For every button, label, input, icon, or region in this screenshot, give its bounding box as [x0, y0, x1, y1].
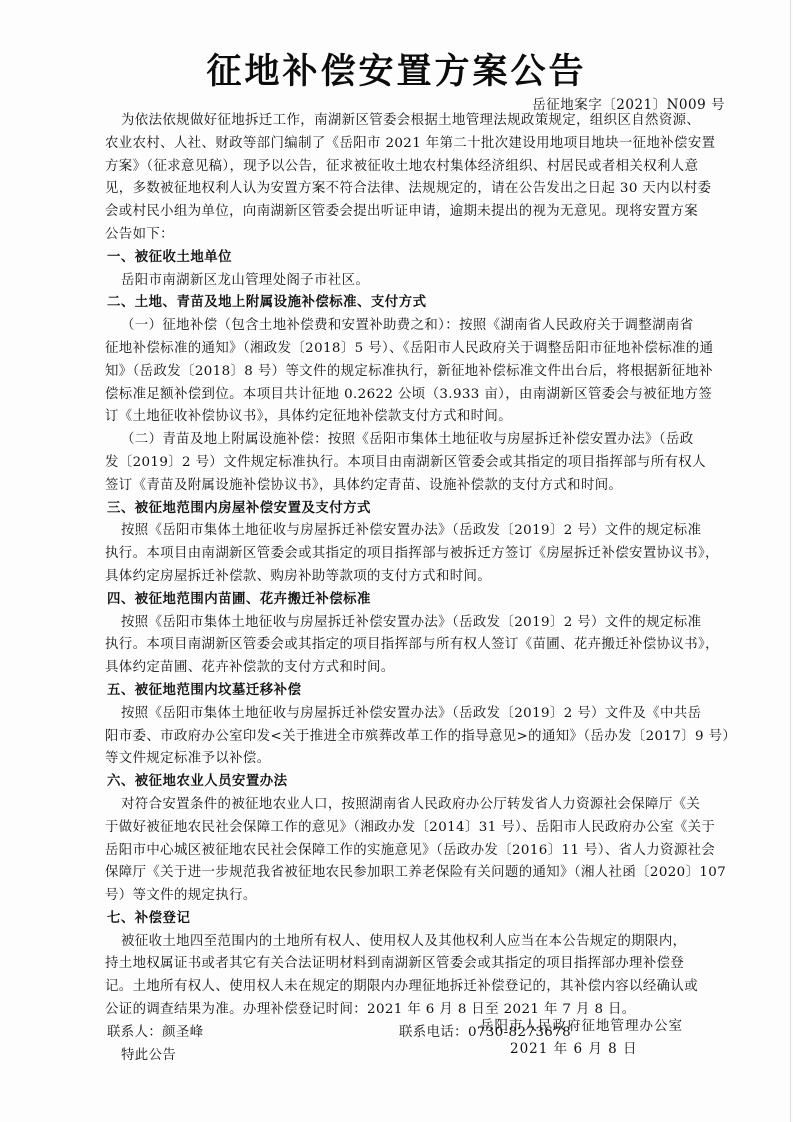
- section: 一、被征收土地单位岳阳市南湖新区龙山管理处阁子市社区。: [105, 247, 735, 293]
- intro-line: 公告如下：: [105, 224, 735, 247]
- section: 七、补偿登记被征收土地四至范围内的土地所有权人、使用权人及其他权利人应当在本公告…: [105, 908, 735, 1022]
- intro-line: 为依法依规做好征地拆迁工作，南湖新区管委会根据土地管理法规政策规定，组织区自然资…: [105, 110, 735, 133]
- section-line: 保障厅《关于进一步规范我省被征地农民参加职工养老保险有关问题的通知》（湘人社函〔…: [105, 862, 735, 885]
- issue-date: 2021 年 6 月 8 日: [480, 1038, 683, 1061]
- section-line: 征地补偿标准的通知》（湘政发〔2018〕5 号）、《岳阳市人民政府关于调整岳阳市…: [105, 338, 735, 361]
- document-body: 为依法依规做好征地拆迁工作，南湖新区管委会根据土地管理法规政策规定，组织区自然资…: [105, 110, 735, 1067]
- intro-line: 见，多数被征地权利人认为安置方案不符合法律、法规规定的，请在公告发出之日起 30…: [105, 178, 735, 201]
- section-line: 岳阳市中心城区被征地农民社会保障工作的实施意见》（岳政办发〔2016〕11 号）…: [105, 840, 735, 863]
- section-heading: 七、补偿登记: [105, 908, 735, 931]
- section-line: （二）青苗及地上附属设施补偿：按照《岳阳市集体土地征收与房屋拆迁补偿安置办法》（…: [105, 429, 735, 452]
- section-line: 具体约定苗圃、花卉补偿款的支付方式和时间。: [105, 657, 735, 680]
- section-line: 对符合安置条件的被征地农业人口，按照湖南省人民政府办公厅转发省人力资源社会保障厅…: [105, 794, 735, 817]
- section-line: 等文件规定标准予以补偿。: [105, 748, 735, 771]
- section-line: 按照《岳阳市集体土地征收与房屋拆迁补偿安置办法》（岳政发〔2019〕2 号）文件…: [105, 612, 735, 635]
- section-heading: 二、土地、青苗及地上附属设施补偿标准、支付方式: [105, 292, 735, 315]
- section-line: 持土地权属证书或者其它有关合法证明材料到南湖新区管委会或其指定的项目指挥部办理补…: [105, 953, 735, 976]
- intro-line: 会或村民小组为单位，向南湖新区管委会提出听证申请，逾期未提出的视为无意见。现将安…: [105, 201, 735, 224]
- section-heading: 六、被征地农业人员安置办法: [105, 771, 735, 794]
- section-line: （一）征地补偿（包含土地补偿费和安置补助费之和）：按照《湖南省人民政府关于调整湖…: [105, 315, 735, 338]
- section-line: 执行。本项目由南湖新区管委会或其指定的项目指挥部与被拆迁方签订《房屋拆迁补偿安置…: [105, 543, 735, 566]
- scan-edge: [790, 0, 791, 1122]
- contact-person: 联系人：颜圣峰: [105, 1022, 399, 1045]
- section-line: 偿标准足额补偿到位。本项目共计征地 0.2622 公顷（3.933 亩），由南湖…: [105, 384, 735, 407]
- issuer-name: 岳阳市人民政府征地管理办公室: [480, 1015, 683, 1038]
- section-line: 按照《岳阳市集体土地征收与房屋拆迁补偿安置办法》（岳政发〔2019〕2 号）文件…: [105, 520, 735, 543]
- section-line: 记。土地所有权人、使用权人未在规定的期限内办理征地拆迁补偿登记的，其补偿内容以经…: [105, 976, 735, 999]
- section-line: 号）等文件的规定执行。: [105, 885, 735, 908]
- section-line: 于做好被征地农民社会保障工作的意见》（湘政办发〔2014〕31 号）、岳阳市人民…: [105, 817, 735, 840]
- section: 三、被征地范围内房屋补偿安置及支付方式按照《岳阳市集体土地征收与房屋拆迁补偿安置…: [105, 498, 735, 589]
- section-heading: 一、被征收土地单位: [105, 247, 735, 270]
- section: 四、被征地范围内苗圃、花卉搬迁补偿标准按照《岳阳市集体土地征收与房屋拆迁补偿安置…: [105, 589, 735, 680]
- section-heading: 五、被征地范围内坟墓迁移补偿: [105, 680, 735, 703]
- section: 二、土地、青苗及地上附属设施补偿标准、支付方式（一）征地补偿（包含土地补偿费和安…: [105, 292, 735, 497]
- intro-line: 方案》（征求意见稿），现予以公告，征求被征收土地农村集体经济组织、村居民或者相关…: [105, 156, 735, 179]
- section-line: 执行。本项目南湖新区管委会或其指定的项目指挥部与所有权人签订《苗圃、花卉搬迁补偿…: [105, 634, 735, 657]
- section-line: 具体约定房屋拆迁补偿款、购房补助等款项的支付方式和时间。: [105, 566, 735, 589]
- sections-container: 一、被征收土地单位岳阳市南湖新区龙山管理处阁子市社区。二、土地、青苗及地上附属设…: [105, 247, 735, 1022]
- section-line: 发〔2019〕2 号）文件规定标准执行。本项目由南湖新区管委会或其指定的项目指挥…: [105, 452, 735, 475]
- intro-paragraph: 为依法依规做好征地拆迁工作，南湖新区管委会根据土地管理法规政策规定，组织区自然资…: [105, 110, 735, 247]
- section-line: 签订《青苗及附属设施补偿协议书》，具体约定青苗、设施补偿款的支付方式和时间。: [105, 475, 735, 498]
- section-line: 知》（岳政发〔2018〕8 号）等文件的规定标准执行，新征地补偿标准文件出台后，…: [105, 361, 735, 384]
- document-title: 征地补偿安置方案公告: [0, 44, 793, 94]
- section-line: 岳阳市南湖新区龙山管理处阁子市社区。: [105, 270, 735, 293]
- section: 五、被征地范围内坟墓迁移补偿按照《岳阳市集体土地征收与房屋拆迁补偿安置办法》（岳…: [105, 680, 735, 771]
- section: 六、被征地农业人员安置办法对符合安置条件的被征地农业人口，按照湖南省人民政府办公…: [105, 771, 735, 908]
- section-line: 阳市委、市政府办公室印发<关于推进全市殡葬改革工作的指导意见>的通知》（岳办发〔…: [105, 726, 735, 749]
- signature-block: 岳阳市人民政府征地管理办公室 2021 年 6 月 8 日: [480, 1015, 683, 1061]
- section-line: 被征收土地四至范围内的土地所有权人、使用权人及其他权利人应当在本公告规定的期限内…: [105, 931, 735, 954]
- section-heading: 三、被征地范围内房屋补偿安置及支付方式: [105, 498, 735, 521]
- intro-line: 农业农村、人社、财政等部门编制了《岳阳市 2021 年第二十批次建设用地项目地块…: [105, 133, 735, 156]
- document-page: 征地补偿安置方案公告 岳征地案字〔2021〕N009 号 为依法依规做好征地拆迁…: [0, 0, 793, 1122]
- section-line: 按照《岳阳市集体土地征收与房屋拆迁补偿安置办法》（岳政发〔2019〕2 号）文件…: [105, 703, 735, 726]
- section-line: 订《土地征收补偿协议书》，具体约定征地补偿款支付方式和时间。: [105, 406, 735, 429]
- section-heading: 四、被征地范围内苗圃、花卉搬迁补偿标准: [105, 589, 735, 612]
